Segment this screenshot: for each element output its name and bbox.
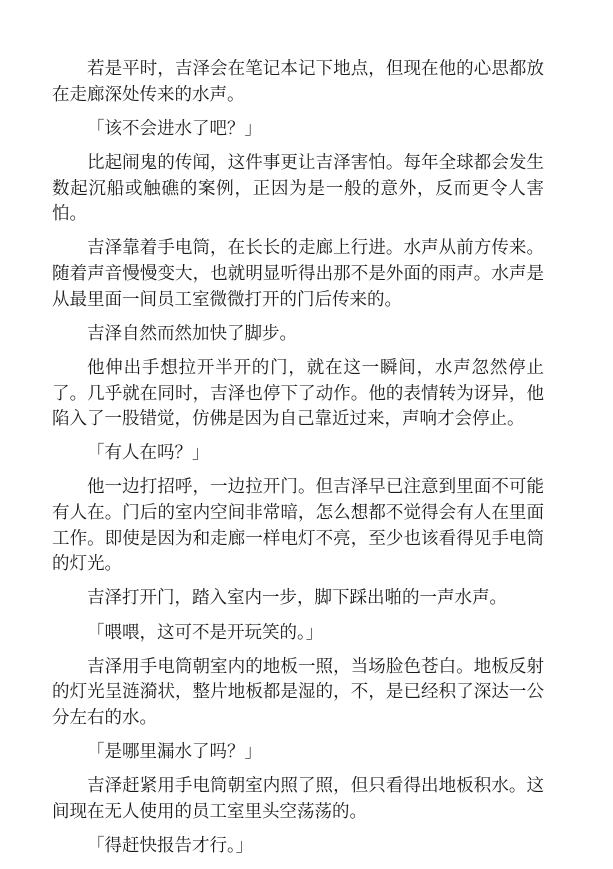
paragraph: 吉泽靠着手电筒，在长长的走廊上行进。水声从前方传来。随着声音慢慢变大，也就明显听… (52, 236, 544, 313)
dialogue-paragraph: 「是哪里漏水了吗？」 (52, 740, 544, 766)
paragraph: 吉泽用手电筒朝室内的地板一照，当场脸色苍白。地板反射的灯光呈涟漪状，整片地板都是… (52, 655, 544, 732)
dialogue-paragraph: 「有人在吗？」 (52, 441, 544, 467)
paragraph: 吉泽自然而然加快了脚步。 (52, 322, 544, 348)
paragraph: 吉泽赶紧用手电筒朝室内照了照，但只看得出地板积水。这间现在无人使用的员工室里头空… (52, 774, 544, 825)
paragraph: 他伸出手想拉开半开的门，就在这一瞬间，水声忽然停止了。几乎就在同时，吉泽也停下了… (52, 356, 544, 433)
dialogue-paragraph: 「喂喂，这可不是开玩笑的。」 (52, 621, 544, 647)
paragraph: 若是平时，吉泽会在笔记本记下地点，但现在他的心思都放在走廊深处传来的水声。 (52, 57, 544, 108)
document-page: 若是平时，吉泽会在笔记本记下地点，但现在他的心思都放在走廊深处传来的水声。 「该… (52, 57, 544, 868)
paragraph: 他一边打招呼，一边拉开门。但吉泽早已注意到里面不可能有人在。门后的室内空间非常暗… (52, 475, 544, 577)
paragraph: 吉泽打开门，踏入室内一步，脚下踩出啪的一声水声。 (52, 586, 544, 612)
paragraph: 比起闹鬼的传闻，这件事更让吉泽害怕。每年全球都会发生数起沉船或触礁的案例，正因为… (52, 151, 544, 228)
dialogue-paragraph: 「得赶快报告才行。」 (52, 834, 544, 860)
dialogue-paragraph: 「该不会进水了吧？」 (52, 117, 544, 143)
